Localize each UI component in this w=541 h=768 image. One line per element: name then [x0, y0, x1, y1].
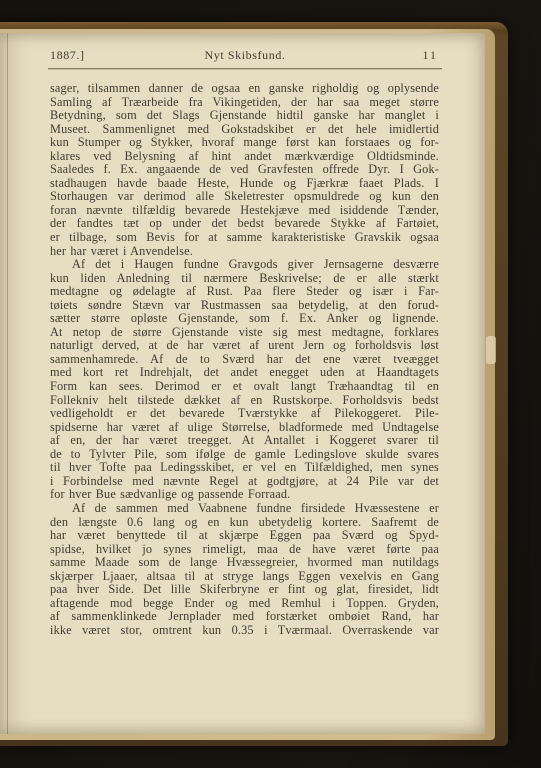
gutter-shadow	[7, 33, 8, 734]
text-line: klares ved Belysning af hint andet mærkv…	[50, 150, 439, 164]
text-line: spidserne har været af ulige Størrelse, …	[50, 421, 439, 435]
text-line: til hver Tofte paa Ledingsskibet, er vel…	[50, 461, 439, 475]
text-line: sager, tilsammen danner de ogsaa en gans…	[50, 82, 439, 96]
text-line: for hver Bue sædvanlige og passende Forr…	[50, 488, 439, 502]
text-line: i Forbindelse med nævnte Regel at godtgj…	[50, 475, 439, 489]
text-line: er tilbage, som Bevis for at samme karak…	[50, 231, 439, 245]
text-line: tøiets søndre Stævn var Rustmassen saa b…	[50, 299, 439, 313]
text-line: den længste 0.6 lang og en kun ubetydeli…	[50, 516, 439, 530]
text-line: medtagne og ødelagte af Rust. Paa flere …	[50, 285, 439, 299]
text-line: Af det i Haugen fundne Gravgods giver Je…	[50, 258, 439, 272]
text-line: kun liden Anledning til nærmere Beskrive…	[50, 272, 439, 286]
page-body: sager, tilsammen danner de ogsaa en gans…	[50, 82, 439, 637]
text-line: spidse, hvilket jo synes rimeligt, maa d…	[50, 543, 439, 557]
text-line: af en, der har været treegget. At Antall…	[50, 434, 439, 448]
text-line: samme Maade som de lange Hvæssegreier, h…	[50, 556, 439, 570]
text-line: Betydning, som det Slags Gjenstande hidt…	[50, 109, 439, 123]
text-line: Storhaugen var derimod alle Skeletrester…	[50, 190, 439, 204]
text-line: skjærper Ljaaer, altsaa til at stryge la…	[50, 570, 439, 584]
text-line: naturligt derved, at de har været af ure…	[50, 339, 439, 353]
text-line: Form kan sees. Derimod er et ovalt langt…	[50, 380, 439, 394]
text-line: Samling af Træarbeide fra Vikingetiden, …	[50, 96, 439, 110]
text-line: aftagende mod begge Ender og med Remhul …	[50, 597, 439, 611]
text-line: der fandtes tæt op under det bedst bevar…	[50, 217, 439, 231]
text-line: de to Tylvter Pile, som ifølge de gamle …	[50, 448, 439, 462]
text-line: foran nævnte tilfældig bevarede Hestekjæ…	[50, 204, 439, 218]
text-line: kun Stumper og Stykker, hvoraf mange før…	[50, 136, 439, 150]
text-line: Follekniv helt tilstede dækket af en Rus…	[50, 394, 439, 408]
text-line: paa hver Side. Det lille Skiferbryne er …	[50, 583, 439, 597]
header-title: Nyt Skibsfund.	[50, 48, 440, 63]
text-line: sammenhamrede. Af de to Sværd har det en…	[50, 353, 439, 367]
header-rule	[48, 68, 442, 69]
text-line: sætter større opløste Gjenstande, som f.…	[50, 312, 439, 326]
text-line: ikke været stor, omtrent kun 0.35 i Tvær…	[50, 624, 439, 638]
text-line: af sammenklinkede Jernplader med forstær…	[50, 610, 439, 624]
text-line: Af de sammen med Vaabnene fundne firside…	[50, 502, 439, 516]
page-edge-highlight	[486, 336, 496, 364]
text-line: stadhaugen havde baade Heste, Hunde og F…	[50, 177, 439, 191]
page-header: 1887.] Nyt Skibsfund. 11	[50, 48, 440, 64]
text-line: vedligeholdt er det bevarede Tværstykke …	[50, 407, 439, 421]
photo-background: 1887.] Nyt Skibsfund. 11 sager, tilsamme…	[0, 0, 541, 768]
text-line: med kort ret Indrehjalt, det andet enegg…	[50, 366, 439, 380]
header-page-number: 11	[422, 48, 438, 63]
text-line: har været benyttede til at skjærpe Eggen…	[50, 529, 439, 543]
book-page: 1887.] Nyt Skibsfund. 11 sager, tilsamme…	[0, 33, 485, 734]
text-line: Saaledes f. Ex. angaaende de ved Gravfes…	[50, 163, 439, 177]
text-line: Museet. Sammenlignet med Gokstadskibet e…	[50, 123, 439, 137]
text-line: At netop de større Gjenstande viste sig …	[50, 326, 439, 340]
text-line: her har været i Anvendelse.	[50, 245, 439, 259]
